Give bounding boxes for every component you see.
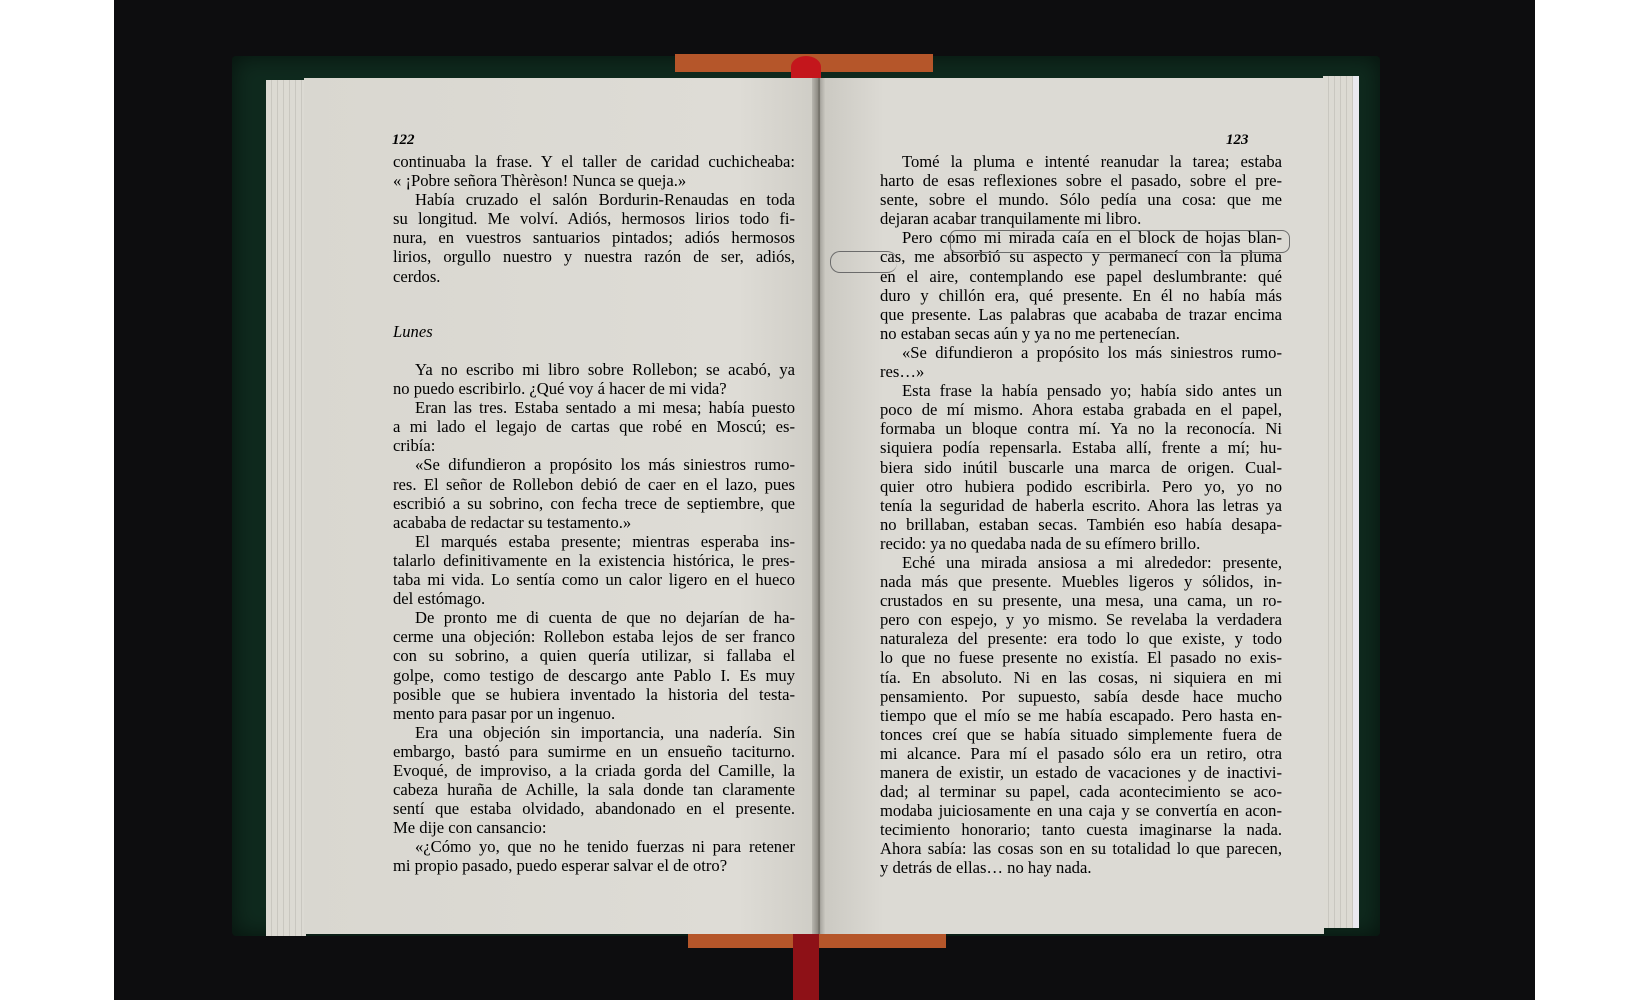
text-line: lirios, orgullo nuestro y nuestra razón … [393, 247, 795, 266]
text-line: y detrás de ellas… no hay nada. [880, 858, 1282, 877]
text-line: res…» [880, 362, 1282, 381]
text-line: cabeza huraña de Achille, la sala donde … [393, 780, 795, 799]
text-line: embargo, bastó para sumirme en un ensueñ… [393, 742, 795, 761]
text-line: su longitud. Me volví. Adiós, hermosos l… [393, 209, 795, 228]
text-line: mento para pasar por un ingenuo. [393, 704, 795, 723]
text-line: « ¡Pobre señora Thèrèson! Nunca se queja… [393, 171, 795, 190]
text-line: Eché una mirada ansiosa a mi alrededor: … [880, 553, 1282, 572]
text-line: harto de esas reflexiones sobre el pasad… [880, 171, 1282, 190]
text-line: nura, en vuestros santuarios pintados; a… [393, 228, 795, 247]
text-line: tonces creí que se había situado simplem… [880, 725, 1282, 744]
text-line: no brillaban, estaban secas. También eso… [880, 515, 1282, 534]
text-line: res. El señor de Rollebon debió de caer … [393, 475, 795, 494]
text-line: El marqués estaba presente; mientras esp… [393, 532, 795, 551]
text-line: Esta frase la había pensado yo; había si… [880, 381, 1282, 400]
text-line: Era una objeción sin importancia, una na… [393, 723, 795, 742]
text-line: formaba un bloque contra mí. Ya no la re… [880, 419, 1282, 438]
text-line: biera sido inútil buscarle una marca de … [880, 458, 1282, 477]
text-line: dejaran acabar tranquilamente mi libro. [880, 209, 1282, 228]
text-line: «Se difundieron a propósito los más sini… [393, 455, 795, 474]
text-line: que presente. Las palabras que acababa d… [880, 305, 1282, 324]
text-line: modaba juiciosamente en una caja y se co… [880, 801, 1282, 820]
text-line: Tomé la pluma e intenté reanudar la tare… [880, 152, 1282, 171]
text-line: no estaban secas aún y ya no me pertenec… [880, 324, 1282, 343]
text-line: taba mi vida. Lo sentía como un calor li… [393, 570, 795, 589]
text-line: posible que se hubiera inventado la hist… [393, 685, 795, 704]
text-line: escribió a su sobrino, con fecha trece d… [393, 494, 795, 513]
text-line: poco de mí mismo. Ahora estaba grabada e… [880, 400, 1282, 419]
text-line: naturaleza del presente: era todo lo que… [880, 629, 1282, 648]
text-line: a mi lado el legajo de cartas que robé e… [393, 417, 795, 436]
text-line: acababa de redactar su testamento.» [393, 513, 795, 532]
text-line: Ya no escribo mi libro sobre Rollebon; s… [393, 360, 795, 379]
text-line: siquiera podía repensarla. Estaba allí, … [880, 438, 1282, 457]
text-line: «¿Cómo yo, que no he tenido fuerzas ni p… [393, 837, 795, 856]
text-line: Había cruzado el salón Bordurin-Renaudas… [393, 190, 795, 209]
left-page-opening-text: continuaba la frase. Y el taller de cari… [393, 152, 795, 286]
text-line: Evoqué, de improviso, a la criada gorda … [393, 761, 795, 780]
text-line: quier otro hubiera podido escribirla. Pe… [880, 477, 1282, 496]
text-line: cas, me absorbió su aspecto y permanecí … [880, 247, 1282, 266]
text-line: manera de existir, un estado de vacacion… [880, 763, 1282, 782]
text-line: con su sobrino, a quien quería utilizar,… [393, 646, 795, 665]
text-line: nada más que presente. Muebles ligeros y… [880, 572, 1282, 591]
text-line: dad; al terminar su papel, cada aconteci… [880, 782, 1282, 801]
text-line: cerdos. [393, 267, 795, 286]
text-line: recido: ya no quedaba nada de su efímero… [880, 534, 1282, 553]
text-line: Eran las tres. Estaba sentado a mi mesa;… [393, 398, 795, 417]
text-line: tecimiento honorario; tanto cuesta imagi… [880, 820, 1282, 839]
text-line: continuaba la frase. Y el taller de cari… [393, 152, 795, 171]
text-line: mi alcance. Para mí el pasado sólo era u… [880, 744, 1282, 763]
text-line: golpe, como testigo de descargo ante Pab… [393, 666, 795, 685]
text-line: Me dije con cansancio: [393, 818, 795, 837]
text-line: lo que no fuese presente no existía. El … [880, 648, 1282, 667]
text-line: «Se difundieron a propósito los más sini… [880, 343, 1282, 362]
text-line: pensamiento. Por supuesto, sabía desde h… [880, 687, 1282, 706]
book-gutter [812, 78, 826, 934]
text-line: talarlo definitivamente en la existencia… [393, 551, 795, 570]
right-page-body-text: Tomé la pluma e intenté reanudar la tare… [880, 152, 1282, 878]
text-line: mi propio pasado, puedo esperar salvar e… [393, 856, 795, 875]
page-number-left: 122 [392, 132, 415, 149]
section-heading: Lunes [393, 322, 433, 342]
text-line: crustados en su presente, una mesa, una … [880, 591, 1282, 610]
text-line: tenía la seguridad de haberla escrito. A… [880, 496, 1282, 515]
text-line: Ahora sabía: las cosas son en su totalid… [880, 839, 1282, 858]
text-line: De pronto me di cuenta de que no dejaría… [393, 608, 795, 627]
text-line: duro y chillón era, qué presente. En él … [880, 286, 1282, 305]
text-line: Pero como mi mirada caía en el block de … [880, 228, 1282, 247]
ribbon-bookmark-top [791, 56, 821, 78]
text-line: pero con espejo, y yo mismo. Se revelaba… [880, 610, 1282, 629]
text-line: del estómago. [393, 589, 795, 608]
text-line: sente, sobre el mundo. Sólo pedía una co… [880, 190, 1282, 209]
page-edges-right [1323, 76, 1359, 928]
text-line: tiempo que el mío se me había escapado. … [880, 706, 1282, 725]
page-edges-left [266, 80, 306, 936]
page-number-right: 123 [1226, 132, 1249, 149]
text-line: sentí que estaba olvidado, abandonado en… [393, 799, 795, 818]
text-line: tía. En absoluto. Ni en las cosas, ni si… [880, 668, 1282, 687]
ribbon-bookmark [793, 928, 819, 1000]
left-page-body-text: Ya no escribo mi libro sobre Rollebon; s… [393, 360, 795, 876]
text-line: cribía: [393, 436, 795, 455]
text-line: no puedo escribirlo. ¿Qué voy á hacer de… [393, 379, 795, 398]
text-line: en el aire, contemplando ese papel deslu… [880, 267, 1282, 286]
text-line: cerme una objeción: Rollebon estaba lejo… [393, 627, 795, 646]
